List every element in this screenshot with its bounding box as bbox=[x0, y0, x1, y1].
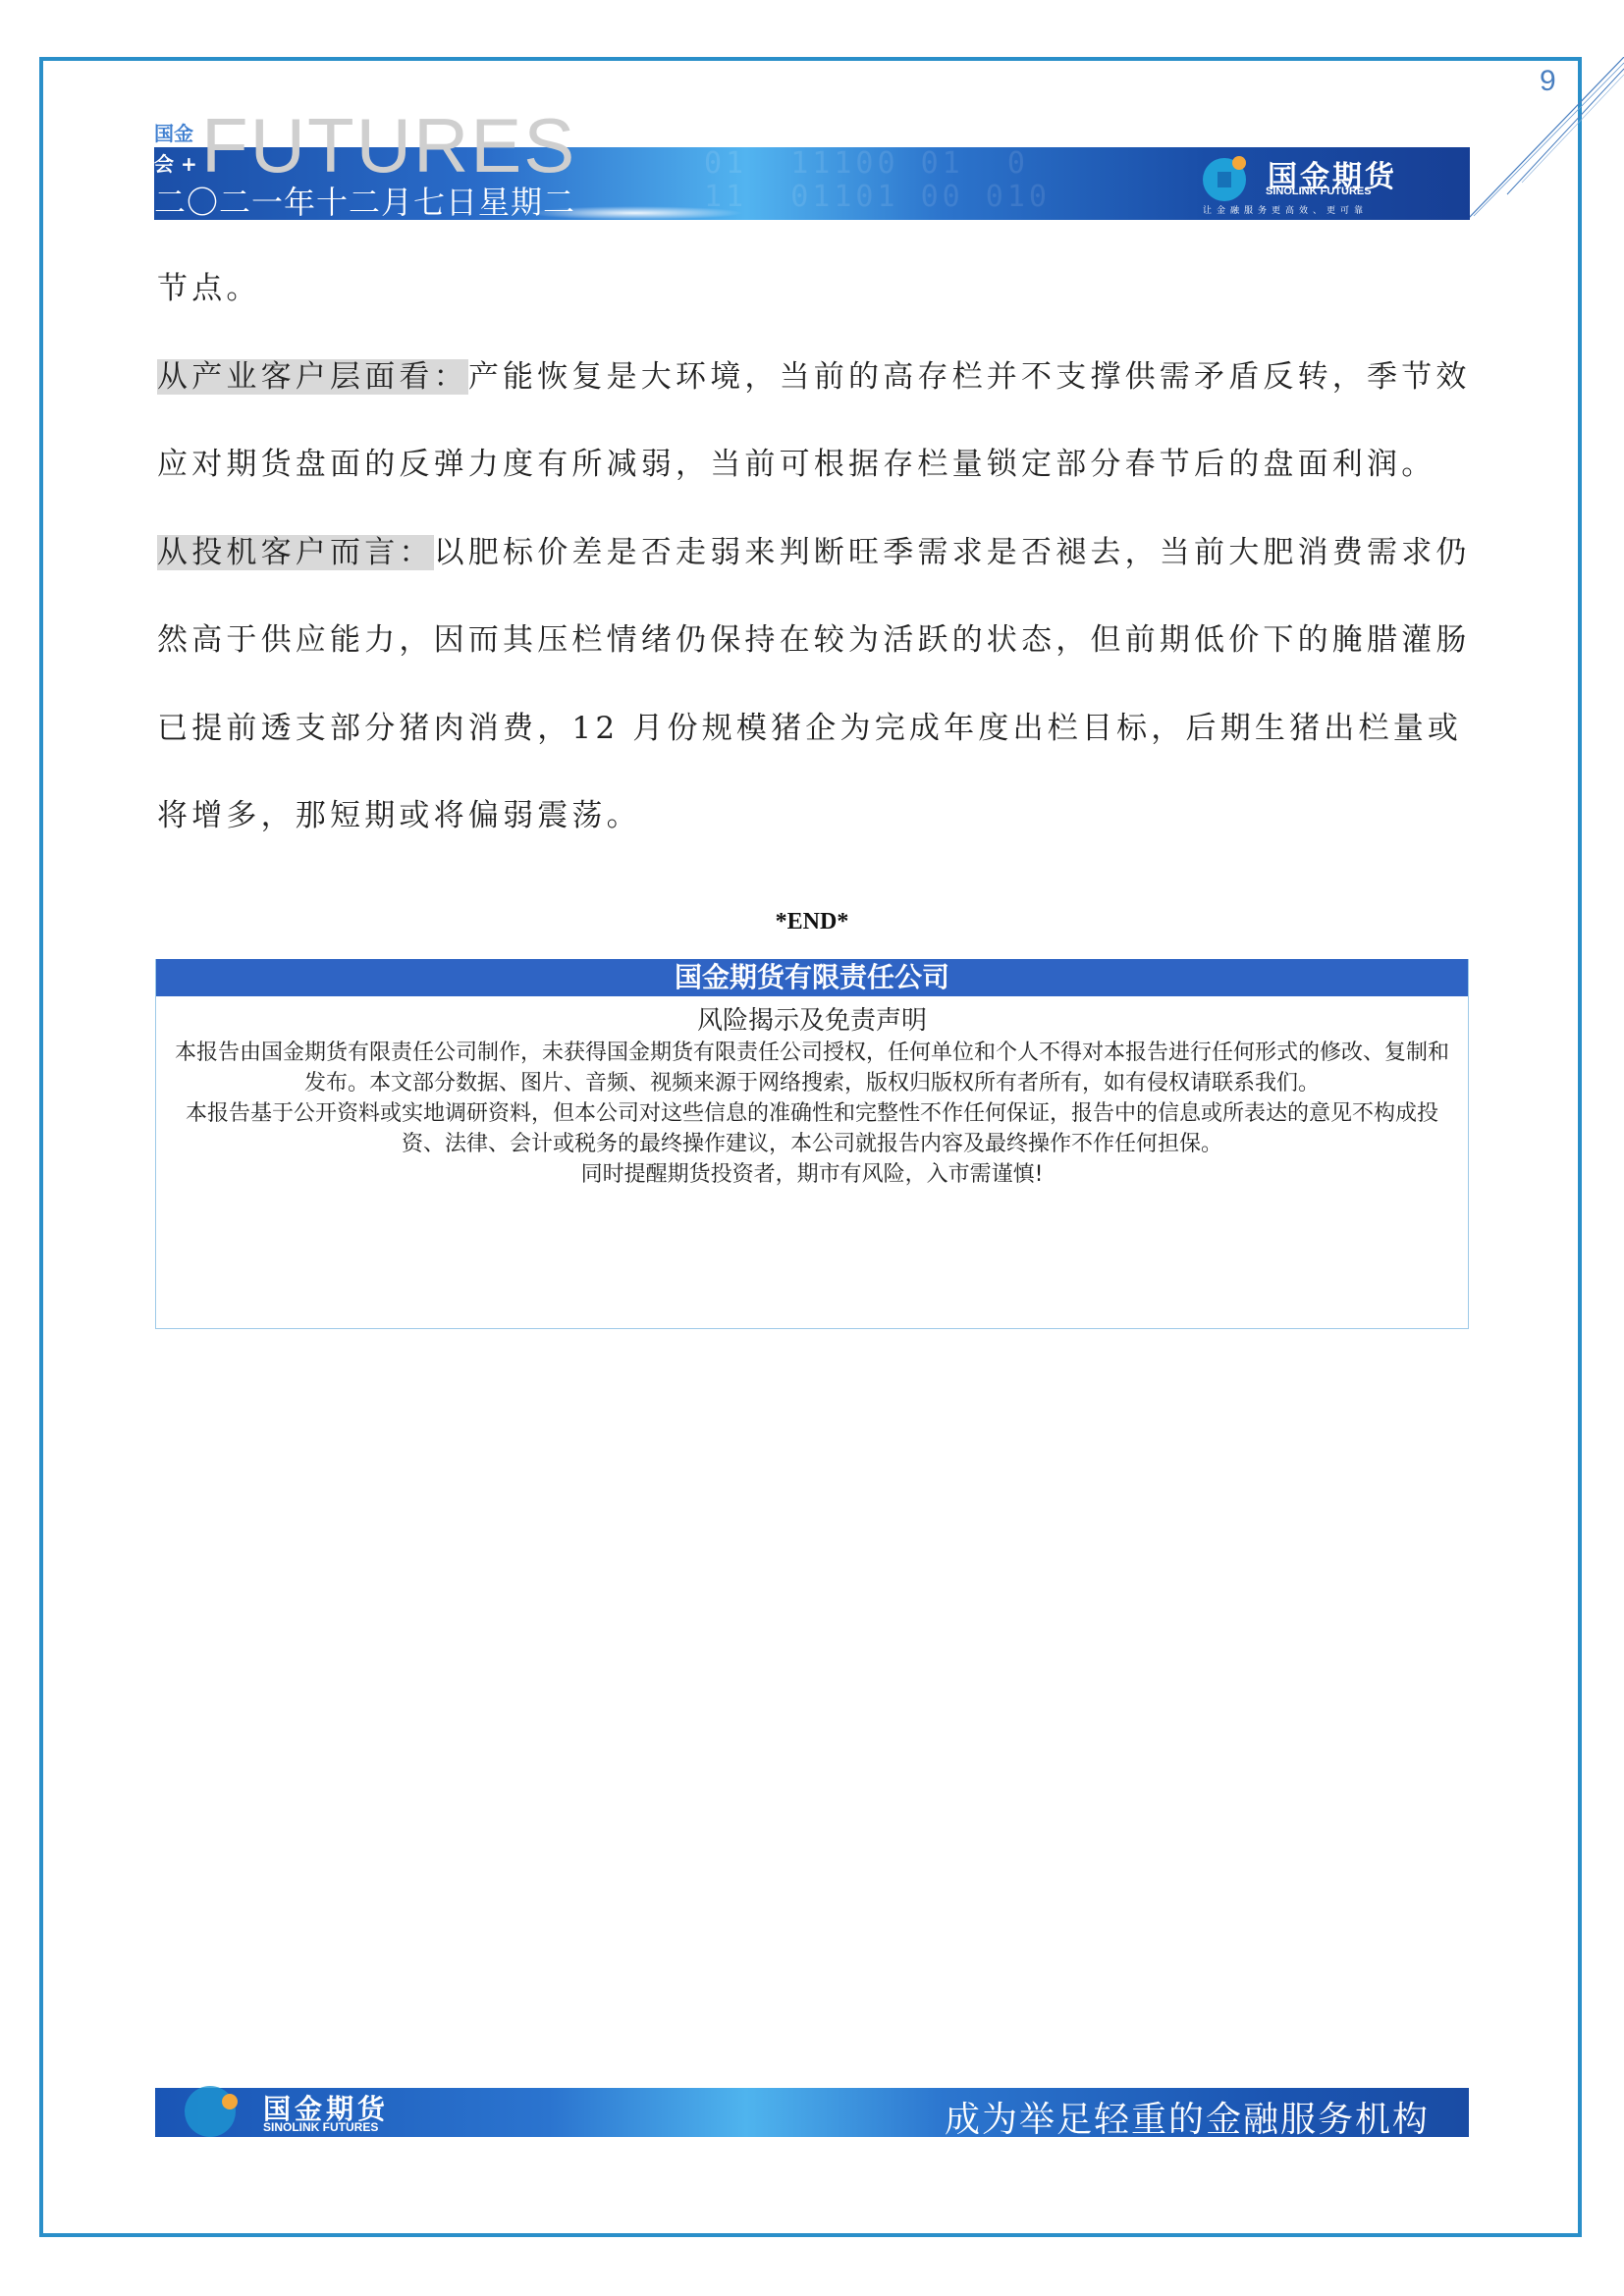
company-logo: 国金期货 SINOLINK FUTURES 让金融服务更高效、更可靠 bbox=[1203, 152, 1448, 219]
paragraph-heading: 从投机客户而言： bbox=[157, 535, 434, 570]
footer-logo-en: SINOLINK FUTURES bbox=[263, 2120, 378, 2134]
disclaimer-paragraph: 本报告基于公开资料或实地调研资料，但本公司对这些信息的准确性和完整性不作任何保证… bbox=[156, 1098, 1468, 1159]
paragraph-text: 以肥标价差是否走弱来判断旺季需求是否褪去，当前大肥消费需求仍然高于供应能力，因而… bbox=[157, 535, 1471, 834]
report-body: 节点。 从产业客户层面看：产能恢复是大环境，当前的高存栏并不支撑供需矛盾反转，季… bbox=[157, 245, 1473, 861]
end-marker: *END* bbox=[0, 909, 1624, 935]
paragraph-industry-clients: 从产业客户层面看：产能恢复是大环境，当前的高存栏并不支撑供需矛盾反转，季节效应对… bbox=[157, 334, 1473, 509]
paragraph: 节点。 bbox=[157, 245, 1473, 334]
footer-logo-orb-icon bbox=[222, 2094, 238, 2109]
disclaimer-company: 国金期货有限责任公司 bbox=[156, 959, 1468, 996]
brand-small-top: 国金 bbox=[154, 118, 193, 146]
logo-slogan: 让金融服务更高效、更可靠 bbox=[1203, 203, 1368, 216]
disclaimer-paragraph: 本报告由国金期货有限责任公司制作，未获得国金期货有限责任公司授权，任何单位和个人… bbox=[156, 1038, 1468, 1098]
disclaimer-warning: 同时提醒期货投资者，期市有风险，入市需谨慎! bbox=[156, 1159, 1468, 1190]
binary-decoration: 01 11100 01 0 11 01101 00 010 bbox=[704, 147, 1051, 214]
report-date: 二〇二一年十二月七日星期二 bbox=[154, 185, 575, 220]
paragraph-speculative-clients: 从投机客户而言：以肥标价差是否走弱来判断旺季需求是否褪去，当前大肥消费需求仍然高… bbox=[157, 509, 1473, 861]
paragraph-text: 节点。 bbox=[157, 271, 261, 306]
logo-orb-icon bbox=[1232, 156, 1246, 170]
futures-watermark: FUTURES bbox=[201, 106, 576, 185]
corner-decoration-lines bbox=[1468, 57, 1624, 224]
disclaimer-box: 国金期货有限责任公司 风险揭示及免责声明 本报告由国金期货有限责任公司制作，未获… bbox=[155, 959, 1469, 1329]
footer-slogan: 成为举足轻重的金融服务机构 bbox=[945, 2092, 1430, 2142]
logo-en: SINOLINK FUTURES bbox=[1266, 186, 1372, 197]
brand-small-bottom: 会 + bbox=[154, 148, 197, 177]
disclaimer-title: 风险揭示及免责声明 bbox=[156, 1004, 1468, 1038]
footer-banner: 国金期货 SINOLINK FUTURES 成为举足轻重的金融服务机构 bbox=[155, 2088, 1469, 2137]
paragraph-heading: 从产业客户层面看： bbox=[157, 359, 468, 395]
